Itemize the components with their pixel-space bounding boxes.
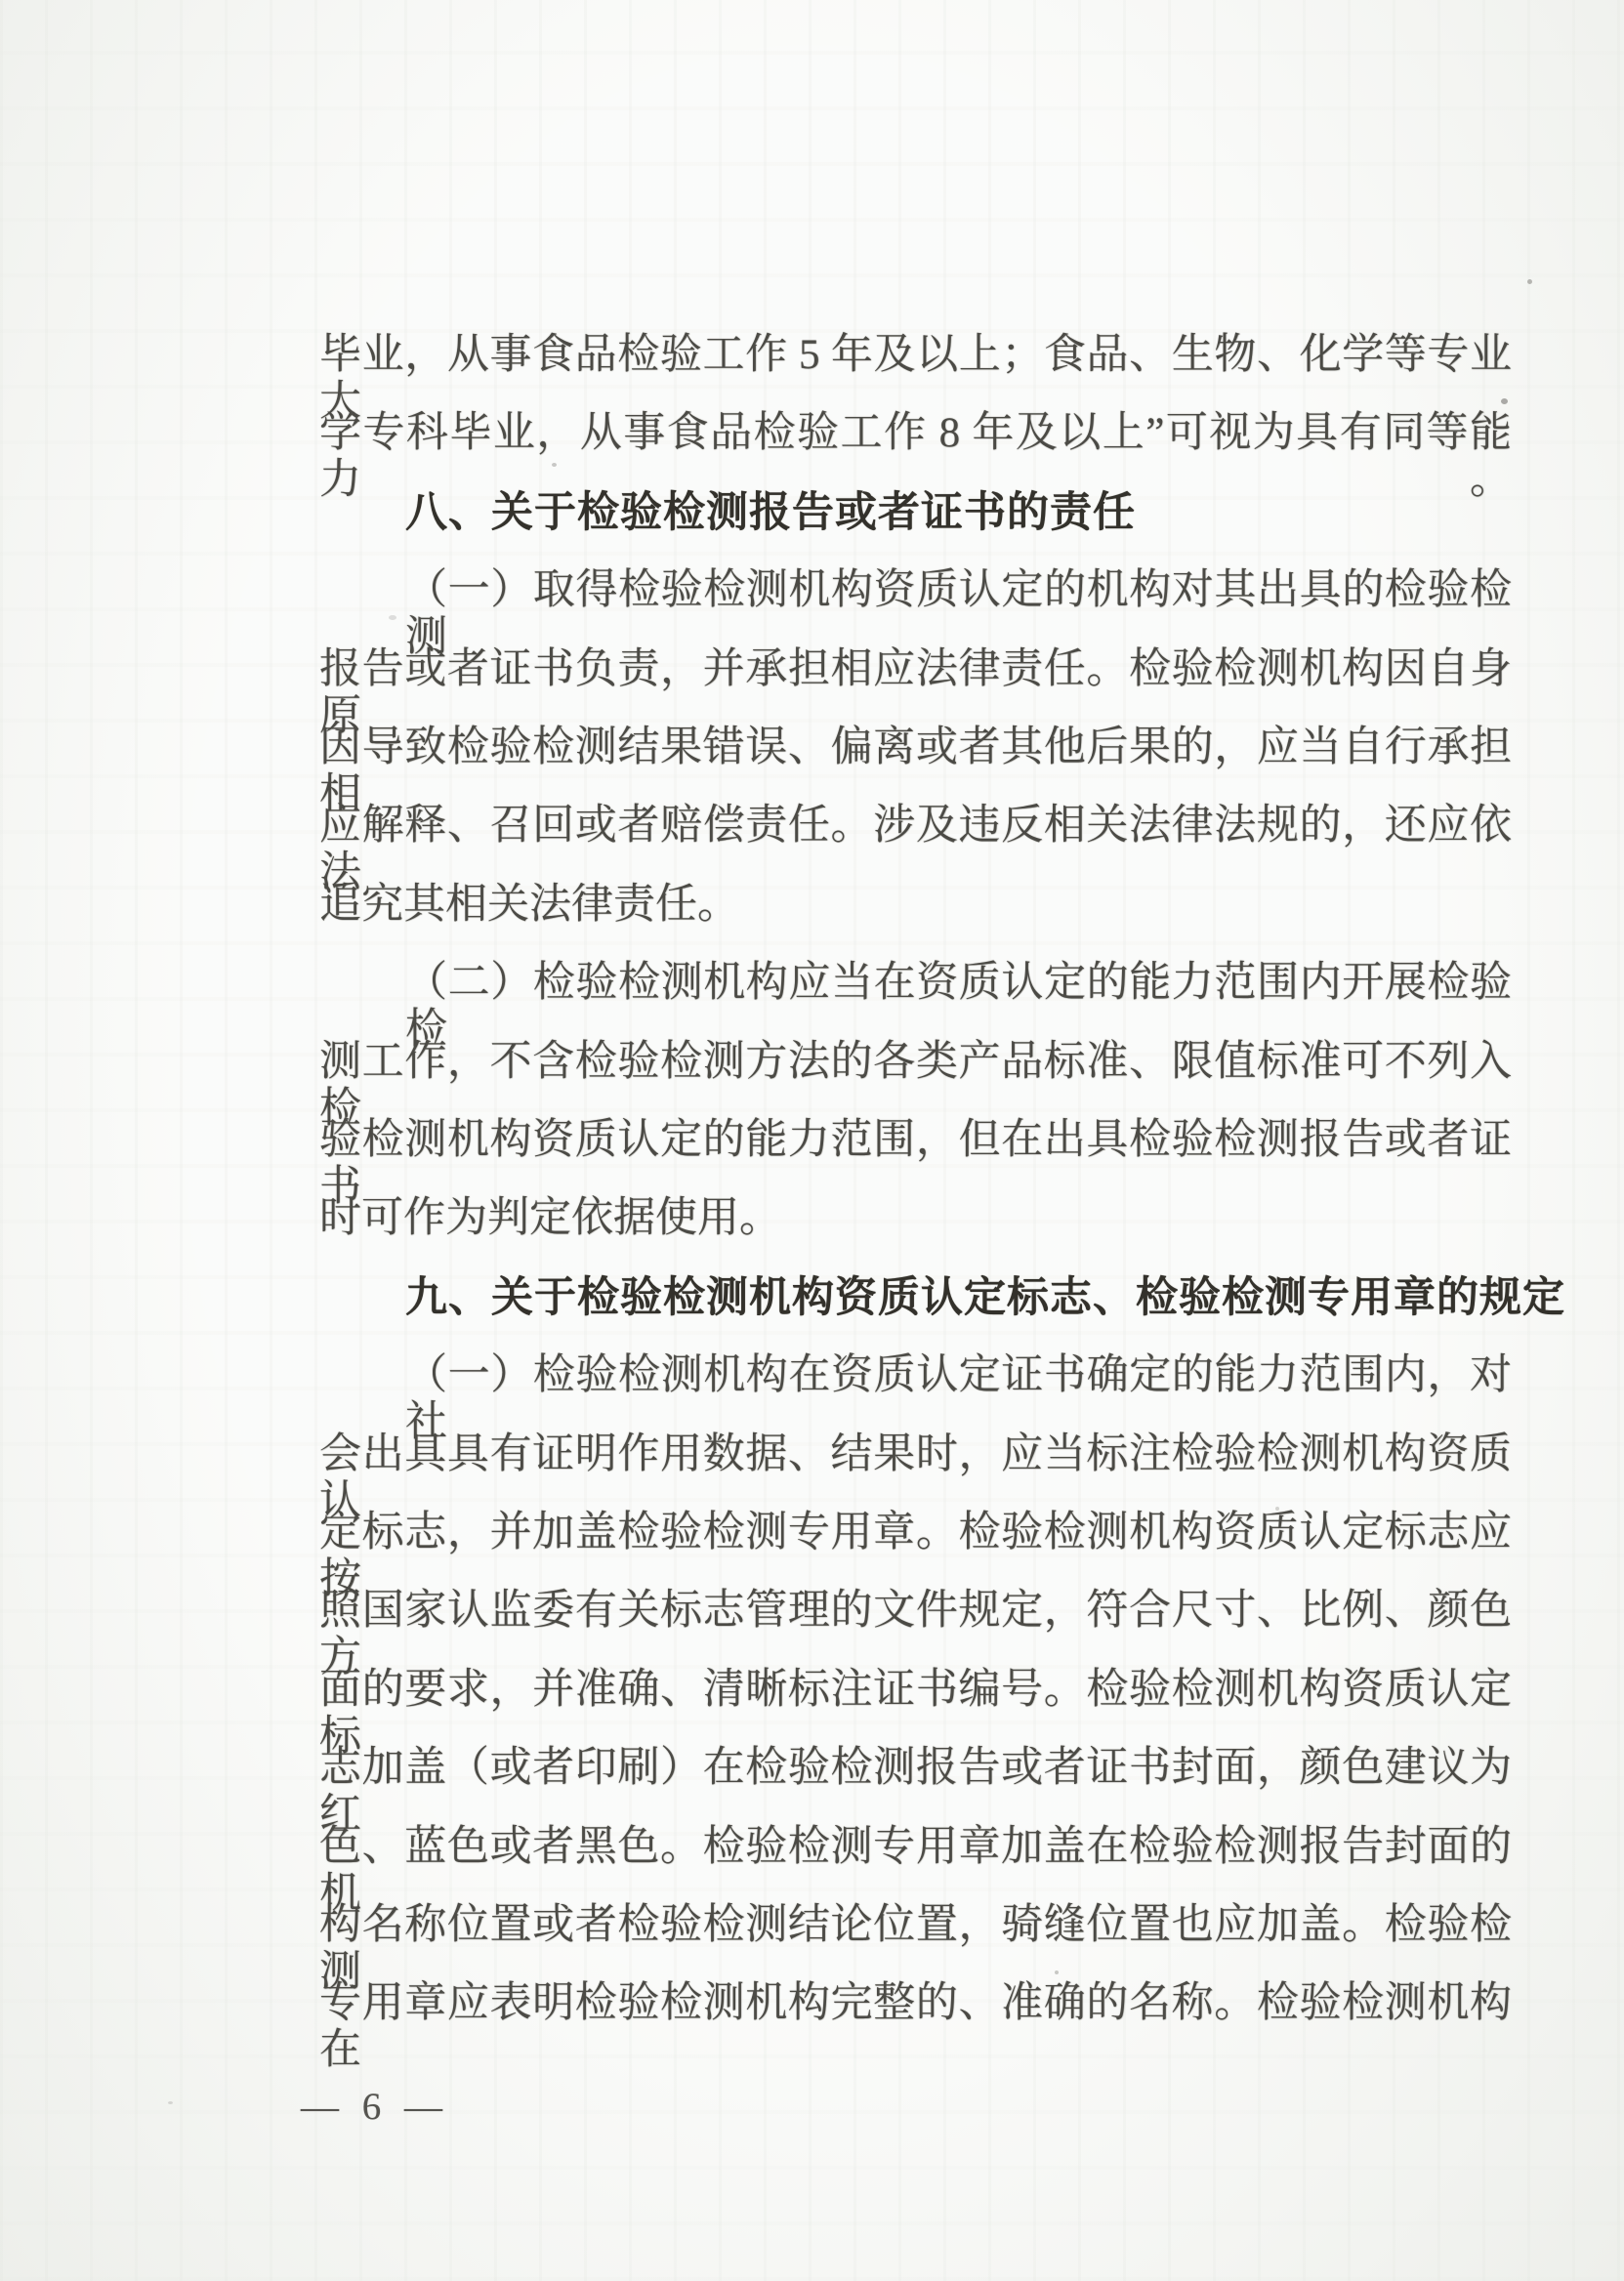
text-line: 时可作为判定依据使用。	[319, 1195, 1512, 1246]
text-line: 照国家认监委有关标志管理的文件规定，符合尺寸、比例、颜色方	[319, 1588, 1512, 1638]
section-heading: 九、关于检验检测机构资质认定标志、检验检测专用章的规定	[319, 1274, 1512, 1325]
text-line: 因导致检验检测结果错误、偏离或者其他后果的，应当自行承担相	[319, 725, 1512, 775]
section-heading: 八、关于检验检测报告或者证书的责任	[319, 489, 1512, 540]
text-line: 报告或者证书负责，并承担相应法律责任。检验检测机构因自身原	[319, 646, 1512, 697]
document-text: 毕业，从事食品检验工作 5 年及以上；食品、生物、化学等专业大学专科毕业，从事食…	[0, 0, 1624, 2281]
text-line: 志加盖（或者印刷）在检验检测报告或者证书封面，颜色建议为红	[319, 1745, 1512, 1796]
text-line: 会出具具有证明作用数据、结果时，应当标注检验检测机构资质认	[319, 1431, 1512, 1482]
text-line: 专用章应表明检验检测机构完整的、准确的名称。检验检测机构在	[319, 1980, 1512, 2031]
text-line: （一）检验检测机构在资质认定证书确定的能力范围内，对社	[319, 1352, 1512, 1403]
text-line: 构名称位置或者检验检测结论位置，骑缝位置也应加盖。检验检测	[319, 1902, 1512, 1953]
text-line: 验检测机构资质认定的能力范围，但在出具检验检测报告或者证书	[319, 1117, 1512, 1168]
text-line: 定标志，并加盖检验检测专用章。检验检测机构资质认定标志应按	[319, 1510, 1512, 1560]
text-line: 追究其相关法律责任。	[319, 882, 1512, 933]
text-line: （一）取得检验检测机构资质认定的机构对其出具的检验检测	[319, 567, 1512, 618]
text-line: 面的要求，并准确、清晰标注证书编号。检验检测机构资质认定标	[319, 1667, 1512, 1718]
text-line: 测工作，不含检验检测方法的各类产品标准、限值标准可不列入检	[319, 1039, 1512, 1090]
text-line: （二）检验检测机构应当在资质认定的能力范围内开展检验检	[319, 960, 1512, 1011]
text-line: 色、蓝色或者黑色。检验检测专用章加盖在检验检测报告封面的机	[319, 1824, 1512, 1875]
text-line: 应解释、召回或者赔偿责任。涉及违反相关法律法规的，还应依法	[319, 803, 1512, 853]
page-number: — 6 —	[301, 2086, 449, 2129]
text-line: 学专科毕业，从事食品检验工作 8 年及以上”可视为具有同等能力。	[319, 410, 1512, 461]
scanned-document-page: 毕业，从事食品检验工作 5 年及以上；食品、生物、化学等专业大学专科毕业，从事食…	[0, 0, 1624, 2281]
text-line: 毕业，从事食品检验工作 5 年及以上；食品、生物、化学等专业大	[319, 332, 1512, 383]
